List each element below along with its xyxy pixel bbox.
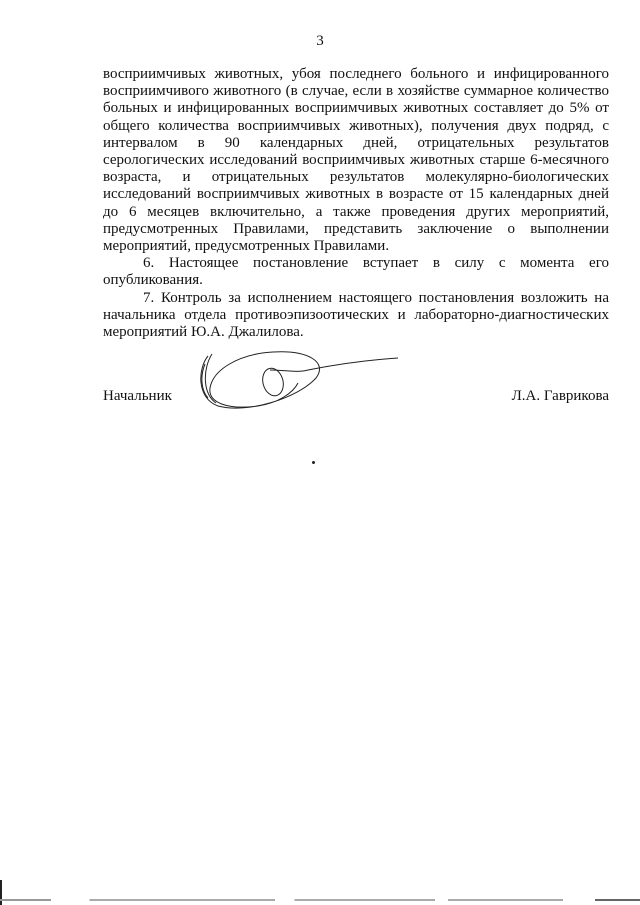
paragraph-item-7: 7. Контроль за исполнением настоящего по… [103,290,609,342]
scan-speck [312,461,315,464]
scan-edge-bottom [0,899,640,901]
document-body: восприимчивых животных, убоя последнего … [103,66,609,341]
page-number: 3 [0,33,640,50]
paragraph-item-6: 6. Настоящее постановление вступает в си… [103,255,609,289]
handwritten-signature [198,348,398,418]
signatory-name: Л.А. Гаврикова [512,388,609,405]
scan-edge-left [0,880,2,905]
paragraph-continuation: восприимчивых животных, убоя последнего … [103,66,609,255]
signatory-title: Начальник [103,388,172,405]
